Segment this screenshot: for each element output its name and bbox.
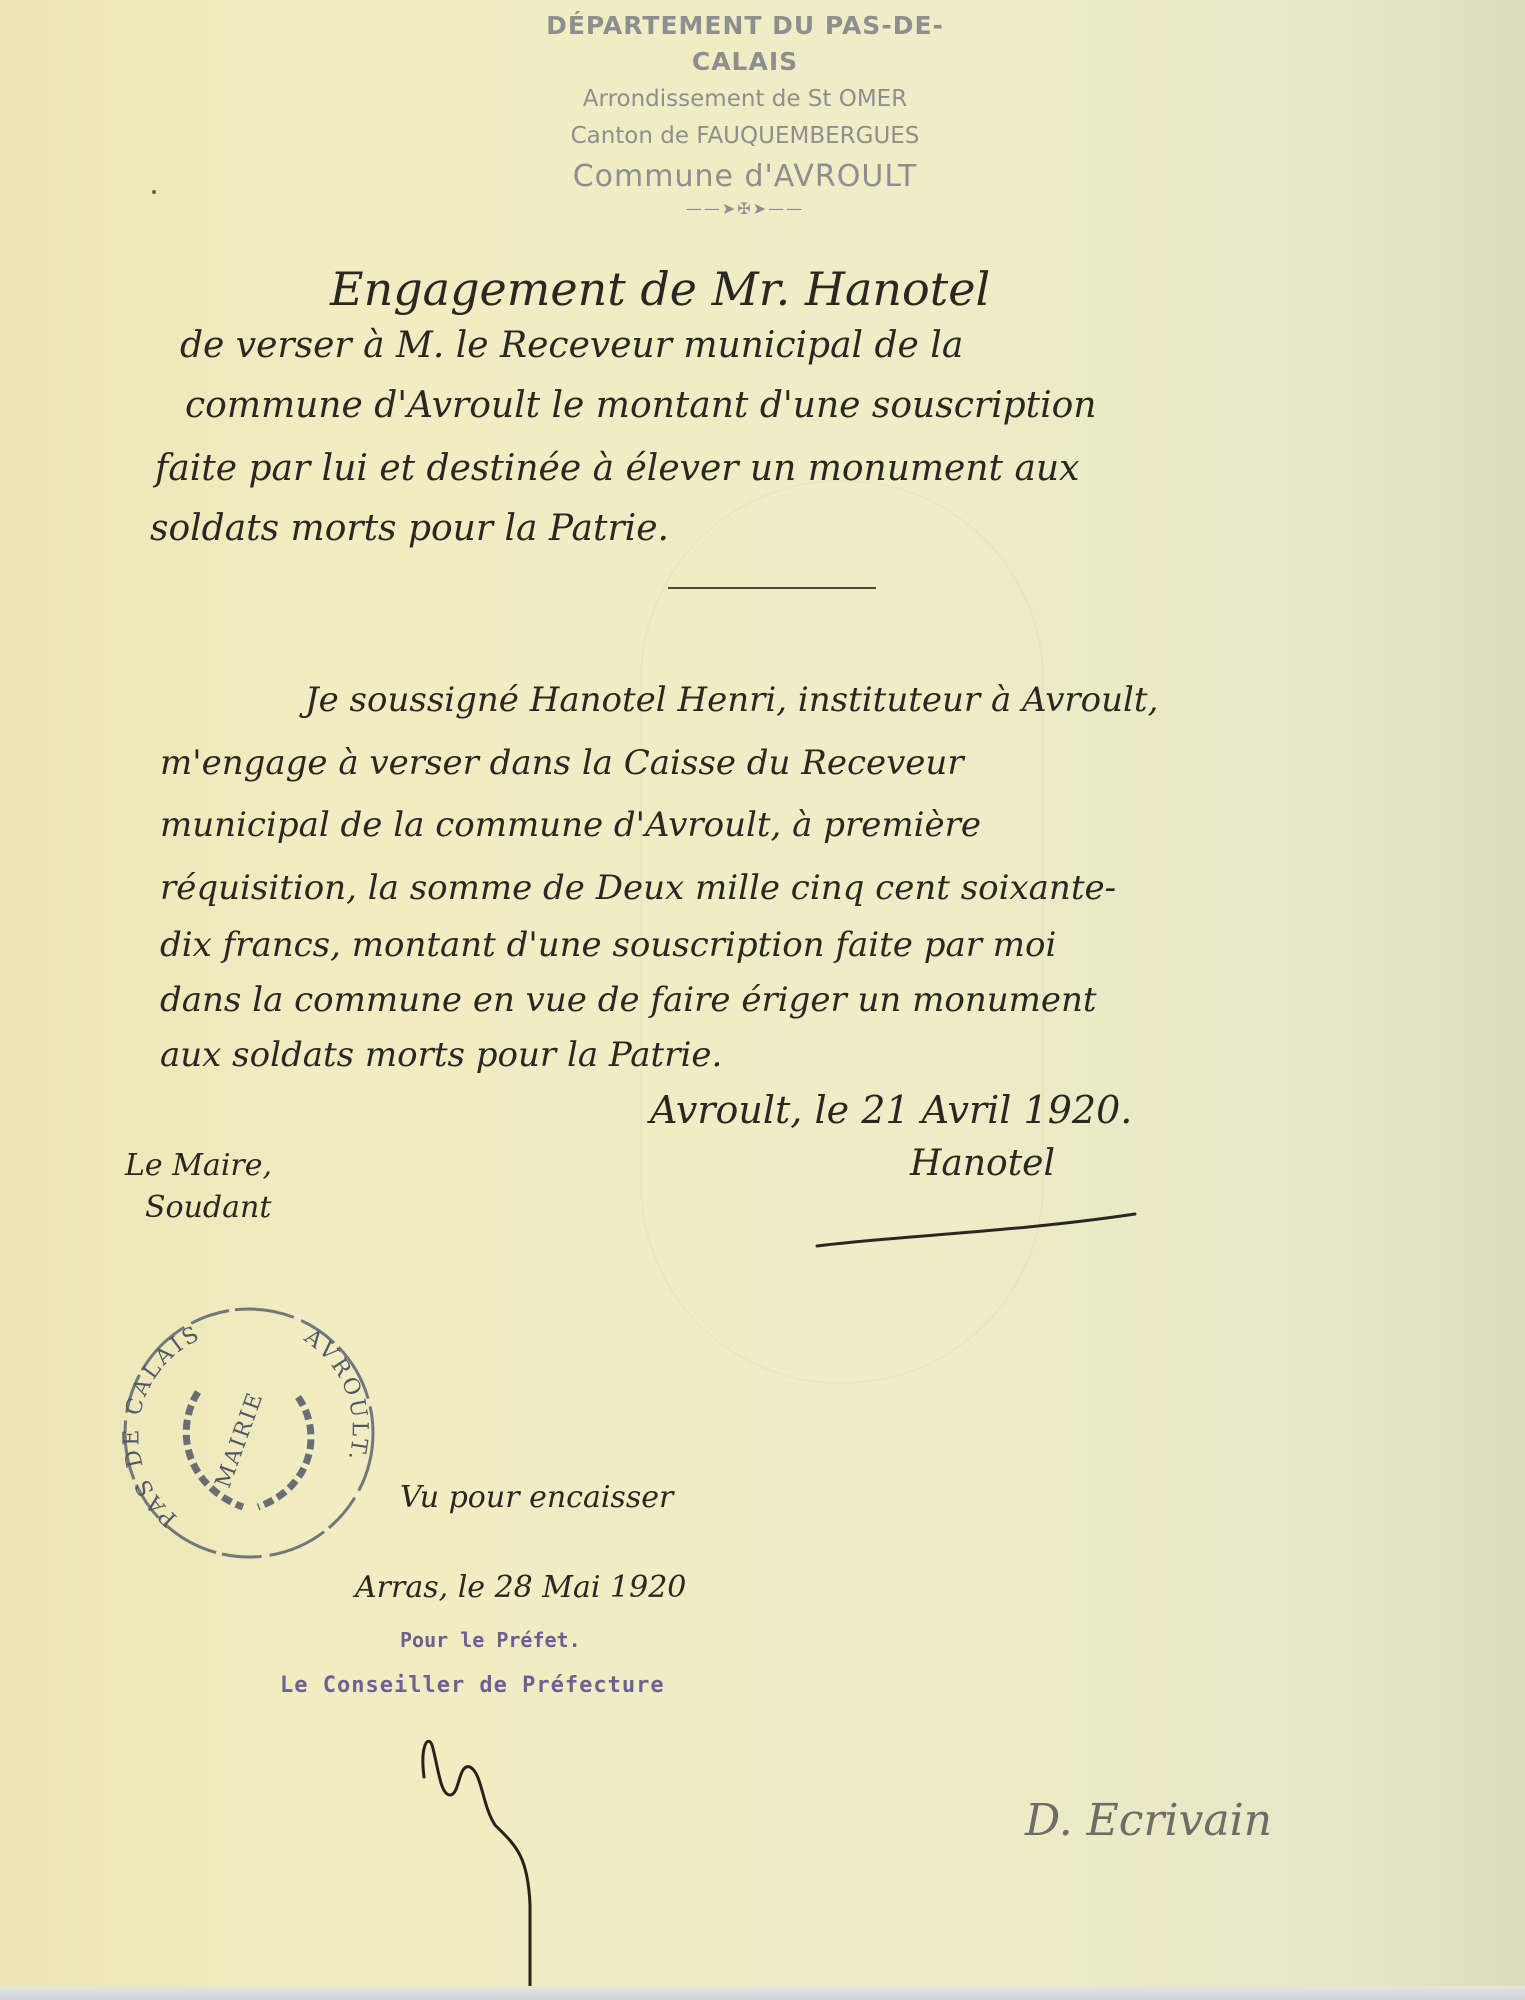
place-and-date: Avroult, le 21 Avril 1920. <box>650 1088 1132 1132</box>
signature-hanotel: Hanotel <box>910 1143 1055 1184</box>
ornament-divider-icon: ——➤✠➤—— <box>510 200 980 218</box>
body-line: réquisition, la somme de Deux mille cinq… <box>160 868 1116 908</box>
svg-text:PAS DE CALAIS: PAS DE CALAIS <box>119 1321 205 1531</box>
intro-line: de verser à M. le Receveur municipal de … <box>180 325 963 366</box>
section-divider <box>668 587 876 589</box>
body-line: municipal de la commune d'Avroult, à pre… <box>160 805 981 845</box>
prefect-stamp-line2: Le Conseiller de Préfecture <box>280 1673 665 1698</box>
header-stamp: DÉPARTEMENT DU PAS-DE-CALAIS Arrondissem… <box>510 8 980 218</box>
stamp-arrondissement: Arrondissement de St OMER <box>510 80 980 118</box>
mayor-signature-block: Le Maire, Soudant <box>125 1145 272 1229</box>
mayor-name: Soudant <box>125 1187 272 1229</box>
signature-bottom: D. Ecrivain <box>1025 1795 1272 1846</box>
intro-line: soldats morts pour la Patrie. <box>150 508 669 549</box>
prefecture-note-line2: Arras, le 28 Mai 1920 <box>355 1570 686 1605</box>
prefecture-note-line1: Vu pour encaisser <box>400 1480 673 1515</box>
ink-speck <box>152 190 156 194</box>
stamp-department: DÉPARTEMENT DU PAS-DE-CALAIS <box>510 8 980 80</box>
svg-text:MAIRIE: MAIRIE <box>211 1388 269 1491</box>
body-line: dix francs, montant d'une souscription f… <box>160 925 1056 965</box>
page-bottom-edge <box>0 1986 1525 2000</box>
body-line: Je soussigné Hanotel Henri, instituteur … <box>305 680 1158 720</box>
body-line: aux soldats morts pour la Patrie. <box>160 1035 722 1075</box>
document-title: Engagement de Mr. Hanotel <box>330 262 990 316</box>
body-line: dans la commune en vue de faire ériger u… <box>160 980 1097 1020</box>
mayor-title: Le Maire, <box>125 1145 272 1187</box>
stamp-canton: Canton de FAUQUEMBERGUES <box>510 118 980 154</box>
intro-line: faite par lui et destinée à élever un mo… <box>155 448 1079 489</box>
intro-line: commune d'Avroult le montant d'une sousc… <box>185 385 1096 426</box>
prefect-stamp-line1: Pour le Préfet. <box>400 1628 581 1652</box>
stamp-commune: Commune d'AVROULT <box>510 154 980 200</box>
mairie-seal-icon: PAS DE CALAIS AVROULT. MAIRIE <box>118 1302 380 1564</box>
paraph-squiggle-icon <box>400 1725 620 2000</box>
body-line: m'engage à verser dans la Caisse du Rece… <box>160 743 964 783</box>
signature-flourish-icon <box>815 1210 1145 1250</box>
